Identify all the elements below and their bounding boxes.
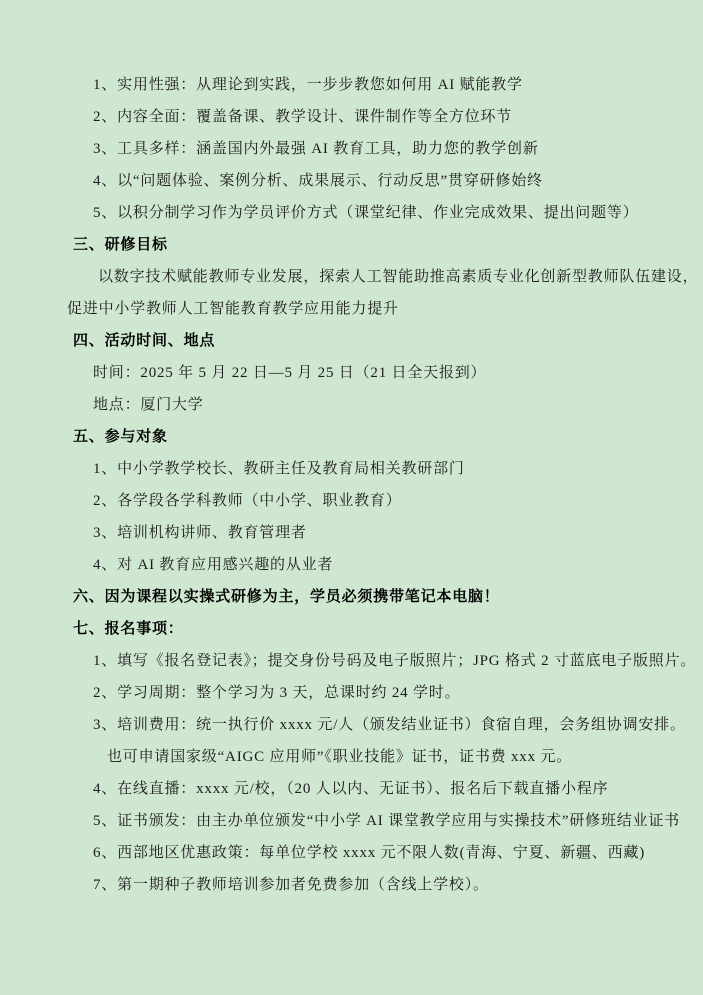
list-item-text: 5、证书颁发：由主办单位颁发“中小学 AI 课堂教学应用与实操技术”研修班结业证… — [93, 813, 680, 829]
paragraph-line: 促进中小学教师人工智能教育教学应用能力提升 — [67, 293, 645, 325]
list-item-text: 7、第一期种子教师培训参加者免费参加（含线上学校）。 — [93, 877, 489, 893]
section-heading-text: 三、研修目标 — [73, 237, 168, 253]
section-heading-text: 五、参与对象 — [73, 429, 168, 445]
list-item: 1、实用性强：从理论到实践，一步步教您如何用 AI 赋能教学 — [67, 69, 645, 101]
list-item: 3、培训费用：统一执行价 xxxx 元/人（颁发结业证书）食宿自理，会务组协调安… — [67, 709, 645, 741]
list-item: 地点：厦门大学 — [67, 389, 645, 421]
list-item: 3、培训机构讲师、教育管理者 — [67, 517, 645, 549]
list-item: 1、中小学教学校长、教研主任及教育局相关教研部门 — [67, 453, 645, 485]
list-item: 1、填写《报名登记表》；提交身份号码及电子版照片；JPG 格式 2 寸蓝底电子版… — [67, 645, 645, 677]
list-item: 2、各学段各学科教师（中小学、职业教育） — [67, 485, 645, 517]
list-item: 2、内容全面：覆盖备课、教学设计、课件制作等全方位环节 — [67, 101, 645, 133]
list-item: 4、在线直播：xxxx 元/校，（20 人以内、无证书）、报名后下载直播小程序 — [67, 773, 645, 805]
list-item: 4、对 AI 教育应用感兴趣的从业者 — [67, 549, 645, 581]
section-heading: 六、因为课程以实操式研修为主，学员必须携带笔记本电脑！ — [67, 581, 645, 613]
list-item-text: 1、实用性强：从理论到实践，一步步教您如何用 AI 赋能教学 — [93, 77, 523, 93]
section-heading-text: 七、报名事项： — [73, 621, 184, 637]
list-item-text: 4、在线直播：xxxx 元/校，（20 人以内、无证书）、报名后下载直播小程序 — [93, 781, 608, 797]
document-page: 1、实用性强：从理论到实践，一步步教您如何用 AI 赋能教学 2、内容全面：覆盖… — [0, 0, 703, 995]
list-item-text: 3、工具多样：涵盖国内外最强 AI 教育工具，助力您的教学创新 — [93, 141, 539, 157]
continuation-line-text: 也可申请国家级“AIGC 应用师”《职业技能》证书，证书费 xxx 元。 — [107, 749, 572, 765]
list-item-text: 4、对 AI 教育应用感兴趣的从业者 — [93, 557, 333, 573]
paragraph-line-text: 以数字技术赋能教师专业发展，探索人工智能助推高素质专业化创新型教师队伍建设， — [98, 269, 698, 285]
list-item: 4、以“问题体验、案例分析、成果展示、行动反思”贯穿研修始终 — [67, 165, 645, 197]
list-item-text: 3、培训机构讲师、教育管理者 — [93, 525, 307, 541]
list-item: 6、西部地区优惠政策：每单位学校 xxxx 元不限人数(青海、宁夏、新疆、西藏) — [67, 837, 645, 869]
list-item-text: 3、培训费用：统一执行价 xxxx 元/人（颁发结业证书）食宿自理，会务组协调安… — [93, 717, 686, 733]
section-heading-text: 六、因为课程以实操式研修为主，学员必须携带笔记本电脑！ — [73, 589, 500, 605]
paragraph-line-text: 促进中小学教师人工智能教育教学应用能力提升 — [67, 301, 399, 317]
list-item: 3、工具多样：涵盖国内外最强 AI 教育工具，助力您的教学创新 — [67, 133, 645, 165]
list-item-text: 2、各学段各学科教师（中小学、职业教育） — [93, 493, 402, 509]
continuation-line: 也可申请国家级“AIGC 应用师”《职业技能》证书，证书费 xxx 元。 — [67, 741, 645, 773]
section-heading: 七、报名事项： — [67, 613, 645, 645]
list-item-text: 地点：厦门大学 — [93, 397, 204, 413]
list-item: 5、以积分制学习作为学员评价方式（课堂纪律、作业完成效果、提出问题等） — [67, 197, 645, 229]
list-item: 时间：2025 年 5 月 22 日—5 月 25 日（21 日全天报到） — [67, 357, 645, 389]
section-heading-text: 四、活动时间、地点 — [73, 333, 215, 349]
list-item-text: 5、以积分制学习作为学员评价方式（课堂纪律、作业完成效果、提出问题等） — [93, 205, 639, 221]
paragraph-line: 以数字技术赋能教师专业发展，探索人工智能助推高素质专业化创新型教师队伍建设， — [67, 261, 645, 293]
list-item-text: 2、内容全面：覆盖备课、教学设计、课件制作等全方位环节 — [93, 109, 512, 125]
section-heading: 四、活动时间、地点 — [67, 325, 645, 357]
list-item-text: 时间：2025 年 5 月 22 日—5 月 25 日（21 日全天报到） — [93, 365, 486, 381]
list-item-text: 6、西部地区优惠政策：每单位学校 xxxx 元不限人数(青海、宁夏、新疆、西藏) — [93, 845, 645, 861]
list-item-text: 1、填写《报名登记表》；提交身份号码及电子版照片；JPG 格式 2 寸蓝底电子版… — [93, 653, 696, 669]
list-item: 7、第一期种子教师培训参加者免费参加（含线上学校）。 — [67, 869, 645, 901]
section-heading: 五、参与对象 — [67, 421, 645, 453]
section-heading: 三、研修目标 — [67, 229, 645, 261]
list-item: 2、学习周期：整个学习为 3 天，总课时约 24 学时。 — [67, 677, 645, 709]
list-item-text: 1、中小学教学校长、教研主任及教育局相关教研部门 — [93, 461, 465, 477]
list-item-text: 2、学习周期：整个学习为 3 天，总课时约 24 学时。 — [93, 685, 460, 701]
list-item: 5、证书颁发：由主办单位颁发“中小学 AI 课堂教学应用与实操技术”研修班结业证… — [67, 805, 645, 837]
list-item-text: 4、以“问题体验、案例分析、成果展示、行动反思”贯穿研修始终 — [93, 173, 543, 189]
